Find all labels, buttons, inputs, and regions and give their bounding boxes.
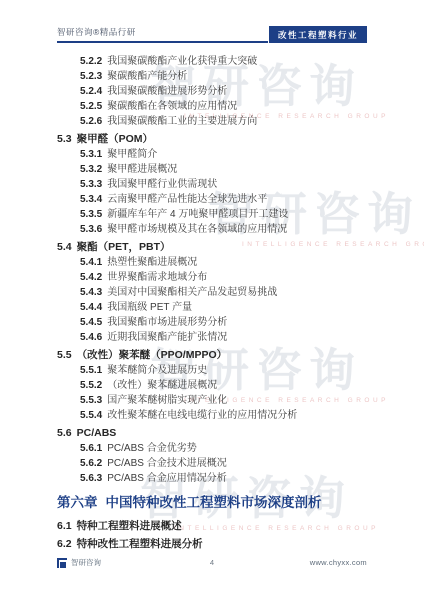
- toc-item: 5.4.3美国对中国聚酯相关产品发起贸易挑战: [57, 285, 376, 300]
- toc-item: 5.6.3PC/ABS 合金应用情况分析: [57, 471, 376, 486]
- toc-item: 5.2.4我国聚碳酸酯进展形势分析: [57, 84, 376, 99]
- toc-item-number: 5.3.5: [80, 209, 102, 220]
- toc-item-number: 5.5: [57, 349, 72, 361]
- toc-item-title: 聚甲醛市场规模及其在各领域的应用情况: [107, 224, 287, 235]
- toc-item-title: PC/ABS 合金应用情况分析: [107, 473, 226, 484]
- toc-item-number: 6.2: [57, 538, 72, 550]
- toc-item-title: （改性）聚苯醚（PPO/MPPO）: [77, 349, 228, 361]
- toc-item-number: 5.3.1: [80, 149, 102, 160]
- toc-item-number: 5.4.3: [80, 287, 102, 298]
- toc-item-number: 第六章: [57, 495, 98, 510]
- toc-item-number: 5.3.4: [80, 194, 102, 205]
- toc-item-title: 聚甲醛进展概况: [107, 164, 177, 175]
- toc-item-title: 我国聚甲醛行业供需现状: [107, 179, 217, 190]
- toc-item: 5.3.5新疆库车年产 4 万吨聚甲醛项目开工建设: [57, 207, 376, 222]
- toc-item-number: 5.6.3: [80, 473, 102, 484]
- toc-item: 5.4.2世界聚酯需求地域分布: [57, 270, 376, 285]
- toc-item: 5.4.5我国聚酯市场进展形势分析: [57, 315, 376, 330]
- toc-item: 5.3.2聚甲醛进展概况: [57, 162, 376, 177]
- toc-item-title: 我国聚酯市场进展形势分析: [107, 317, 227, 328]
- page-number: 4: [160, 558, 263, 567]
- toc-item-title: 热塑性聚酯进展概况: [107, 257, 197, 268]
- toc-item-title: PC/ABS 合金优劣势: [107, 443, 196, 454]
- toc-item-number: 5.2.4: [80, 86, 102, 97]
- toc-item-number: 5.4.6: [80, 332, 102, 343]
- toc-item-number: 5.3.2: [80, 164, 102, 175]
- toc-item-title: （改性）聚苯醚进展概况: [107, 380, 217, 391]
- toc-item-title: 聚碳酸酯在各领域的应用情况: [107, 101, 237, 112]
- toc-item-number: 5.2.6: [80, 116, 102, 127]
- toc-item: 5.3.3我国聚甲醛行业供需现状: [57, 177, 376, 192]
- toc-item-title: 聚甲醛（POM）: [77, 133, 153, 145]
- toc-item-title: 聚酯（PET，PBT）: [77, 241, 171, 253]
- toc-item-number: 5.4.5: [80, 317, 102, 328]
- toc-item: 5.5.1聚苯醚简介及进展历史: [57, 363, 376, 378]
- toc-item-title: 我国聚碳酸酯工业的主要进展方向: [107, 116, 257, 127]
- brand-logo-icon: [57, 558, 67, 568]
- page-header: 智研咨询®精品行研 改性工程塑料行业: [57, 26, 367, 43]
- toc-item-title: 改性聚苯醚在电线电缆行业的应用情况分析: [107, 410, 297, 421]
- toc-item-number: 5.4.2: [80, 272, 102, 283]
- toc-item: 5.5.2（改性）聚苯醚进展概况: [57, 378, 376, 393]
- toc-item-number: 5.2.5: [80, 101, 102, 112]
- toc-item: 5.4聚酯（PET，PBT）: [57, 240, 376, 255]
- toc-item: 5.4.6近期我国聚酯产能扩张情况: [57, 330, 376, 345]
- toc-item-title: 特种工程塑料进展概述: [77, 520, 182, 532]
- toc-item: 5.4.1热塑性聚酯进展概况: [57, 255, 376, 270]
- toc-item: 6.2特种改性工程塑料进展分析: [57, 537, 376, 552]
- toc-item: 5.5（改性）聚苯醚（PPO/MPPO）: [57, 348, 376, 363]
- toc-item-title: 世界聚酯需求地域分布: [107, 272, 207, 283]
- toc-item-title: 国产聚苯醚树脂实现产业化: [107, 395, 227, 406]
- toc-item-title: 特种改性工程塑料进展分析: [77, 538, 203, 550]
- toc-item-number: 5.3.6: [80, 224, 102, 235]
- toc-item-number: 5.4.1: [80, 257, 102, 268]
- toc-item: 5.6.2PC/ABS 合金技术进展概况: [57, 456, 376, 471]
- industry-badge: 改性工程塑料行业: [269, 26, 367, 43]
- toc-item: 5.6.1PC/ABS 合金优劣势: [57, 441, 376, 456]
- toc-item-number: 5.6: [57, 427, 72, 439]
- toc-item: 5.3.6聚甲醛市场规模及其在各领域的应用情况: [57, 222, 376, 237]
- toc-item-title: 聚碳酸酯产能分析: [107, 71, 187, 82]
- header-rule: [57, 41, 268, 43]
- toc-item: 5.5.4改性聚苯醚在电线电缆行业的应用情况分析: [57, 408, 376, 423]
- toc-item-title: 中国特种改性工程塑料市场深度剖析: [106, 495, 322, 510]
- toc-item: 5.3聚甲醛（POM）: [57, 132, 376, 147]
- toc-item: 5.3.1聚甲醛简介: [57, 147, 376, 162]
- toc-item-title: 我国聚碳酸酯产业化获得重大突破: [107, 56, 257, 67]
- toc-item-number: 5.3: [57, 133, 72, 145]
- toc-item-title: 聚甲醛简介: [107, 149, 157, 160]
- toc-item: 5.6PC/ABS: [57, 426, 376, 441]
- toc-item-number: 5.5.4: [80, 410, 102, 421]
- footer-url: www.chyxx.com: [264, 558, 367, 567]
- toc-item-title: 聚苯醚简介及进展历史: [107, 365, 207, 376]
- toc-item-title: 我国瓶级 PET 产量: [107, 302, 192, 313]
- toc-item-number: 5.2.3: [80, 71, 102, 82]
- toc-item: 5.2.5聚碳酸酯在各领域的应用情况: [57, 99, 376, 114]
- report-page: 智研咨询 INTELLIGENCE RESEARCH GROUP 智研咨询 IN…: [0, 0, 424, 600]
- toc-item: 5.2.6我国聚碳酸酯工业的主要进展方向: [57, 114, 376, 129]
- toc-item: 6.1特种工程塑料进展概述: [57, 519, 376, 534]
- toc-item-number: 5.5.1: [80, 365, 102, 376]
- toc-item-number: 5.6.1: [80, 443, 102, 454]
- toc-item: 5.2.2我国聚碳酸酯产业化获得重大突破: [57, 54, 376, 69]
- toc-item-number: 5.4: [57, 241, 72, 253]
- toc-item-number: 5.5.2: [80, 380, 102, 391]
- toc-item-title: PC/ABS 合金技术进展概况: [107, 458, 226, 469]
- toc-item: 5.5.3国产聚苯醚树脂实现产业化: [57, 393, 376, 408]
- footer-brand-text: 智研咨询: [71, 557, 101, 568]
- toc-item-number: 5.6.2: [80, 458, 102, 469]
- toc-item-number: 5.2.2: [80, 56, 102, 67]
- toc-item-title: 新疆库车年产 4 万吨聚甲醛项目开工建设: [107, 209, 288, 220]
- toc-item-number: 6.1: [57, 520, 72, 532]
- toc-item: 5.3.4云南聚甲醛产品性能达全球先进水平: [57, 192, 376, 207]
- toc-list: 5.2.2我国聚碳酸酯产业化获得重大突破5.2.3聚碳酸酯产能分析5.2.4我国…: [57, 54, 376, 552]
- toc-item-title: 美国对中国聚酯相关产品发起贸易挑战: [107, 287, 277, 298]
- page-footer: 智研咨询 4 www.chyxx.com: [57, 557, 367, 568]
- toc-item-number: 5.5.3: [80, 395, 102, 406]
- toc-item-number: 5.4.4: [80, 302, 102, 313]
- chapter-heading: 第六章中国特种改性工程塑料市场深度剖析: [57, 493, 376, 513]
- toc-item: 5.4.4我国瓶级 PET 产量: [57, 300, 376, 315]
- toc-item-title: PC/ABS: [77, 427, 117, 439]
- toc-item: 5.2.3聚碳酸酯产能分析: [57, 69, 376, 84]
- toc-item-title: 近期我国聚酯产能扩张情况: [107, 332, 227, 343]
- toc-item-title: 我国聚碳酸酯进展形势分析: [107, 86, 227, 97]
- toc-item-title: 云南聚甲醛产品性能达全球先进水平: [107, 194, 267, 205]
- toc-item-number: 5.3.3: [80, 179, 102, 190]
